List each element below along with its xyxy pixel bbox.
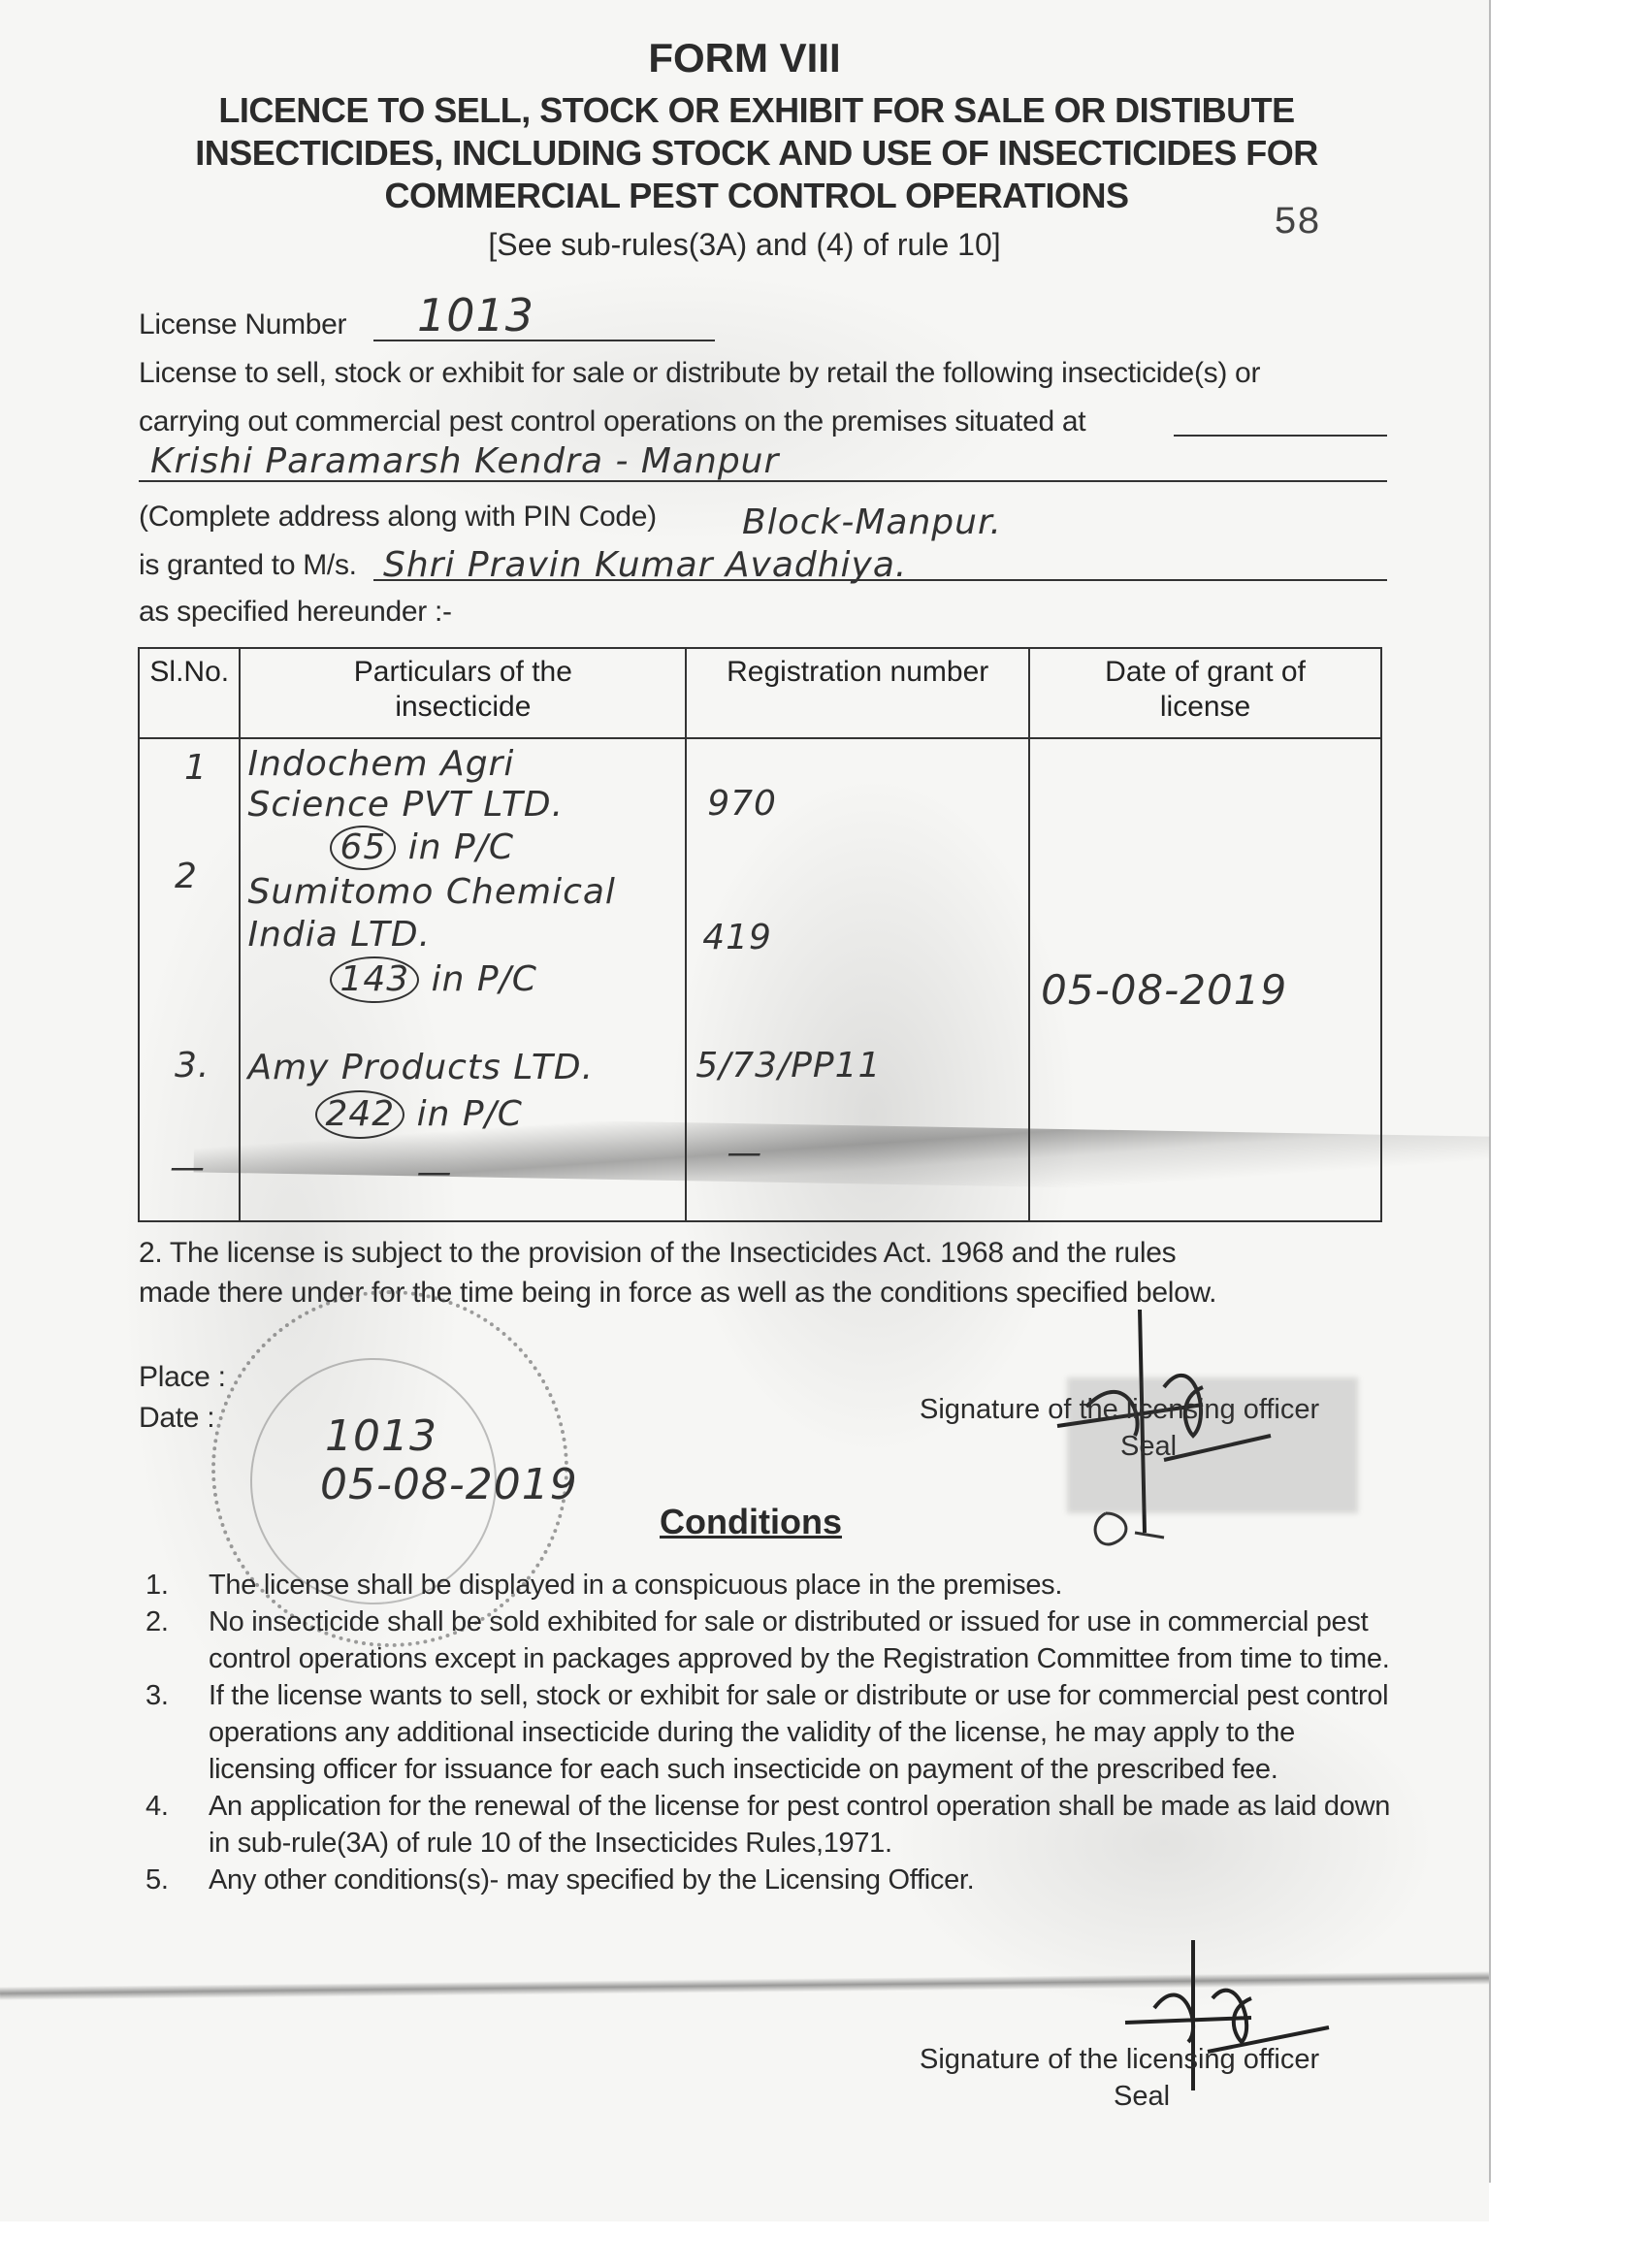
particulars-entry: Amy Products LTD. 242 in P/C bbox=[247, 1046, 594, 1139]
particulars-entry: Indochem Agri Science PVT LTD. 65 in P/C bbox=[247, 744, 564, 870]
header-date-text: Date of grant of license bbox=[1089, 655, 1322, 725]
sl-no: 1 bbox=[184, 748, 208, 788]
header-date: Date of grant of license bbox=[1029, 648, 1381, 738]
license-number-label: License Number bbox=[139, 308, 346, 341]
sl-no: 2 bbox=[175, 857, 198, 896]
clause-2-line-1: 2. The license is subject to the provisi… bbox=[139, 1237, 1176, 1270]
particulars-entry: Sumitomo Chemical India LTD. 143 in P/C bbox=[247, 871, 615, 1003]
intro-line-1: License to sell, stock or exhibit for sa… bbox=[139, 357, 1260, 390]
address-value: Block-Manpur. bbox=[742, 502, 1002, 542]
granted-underline bbox=[373, 579, 1387, 581]
date-label: Date : bbox=[139, 1402, 214, 1435]
page-edge bbox=[1489, 0, 1491, 2183]
heading-line: COMMERCIAL PEST CONTROL OPERATIONS bbox=[116, 175, 1397, 217]
particulars-cell: Indochem Agri Science PVT LTD. 65 in P/C… bbox=[240, 738, 686, 1221]
condition-item: 2.No insecticide shall be sold exhibited… bbox=[145, 1604, 1397, 1677]
circled-qty: 242 bbox=[315, 1090, 404, 1139]
stamp-date: 05-08-2019 bbox=[320, 1460, 578, 1509]
condition-item: 4.An application for the renewal of the … bbox=[145, 1788, 1397, 1862]
registration-cell: 970 419 5/73/PP11 — bbox=[686, 738, 1029, 1221]
seal-imprint bbox=[1067, 1377, 1358, 1513]
heading-line: LICENCE TO SELL, STOCK OR EXHIBIT FOR SA… bbox=[116, 89, 1397, 132]
table-row: 123.— Indochem Agri Science PVT LTD. 65 … bbox=[139, 738, 1381, 1221]
conditions-title: Conditions bbox=[660, 1502, 842, 1542]
seal-label: Seal bbox=[1114, 2081, 1170, 2113]
address-label: (Complete address along with PIN Code) bbox=[139, 501, 657, 534]
header-particulars: Particulars of the insecticide bbox=[240, 648, 686, 738]
premises-underline-2 bbox=[139, 480, 1387, 482]
place-label: Place : bbox=[139, 1361, 226, 1394]
stamp-number: 1013 bbox=[325, 1411, 437, 1461]
condition-item: 1.The license shall be displayed in a co… bbox=[145, 1567, 1397, 1604]
header-registration: Registration number bbox=[686, 648, 1029, 738]
heading-line: INSECTICIDES, INCLUDING STOCK AND USE OF… bbox=[116, 132, 1397, 175]
insecticide-table: Sl.No. Particulars of the insecticide Re… bbox=[138, 647, 1382, 1222]
premises-underline bbox=[1174, 435, 1387, 437]
registration-number: 5/73/PP11 bbox=[695, 1046, 881, 1085]
premises-value: Krishi Paramarsh Kendra - Manpur bbox=[150, 441, 779, 481]
condition-item: 5.Any other conditions(s)- may specified… bbox=[145, 1862, 1397, 1898]
license-number-value: 1013 bbox=[417, 289, 534, 341]
page-number: 58 bbox=[1274, 202, 1320, 245]
table-header-row: Sl.No. Particulars of the insecticide Re… bbox=[139, 648, 1381, 738]
circled-qty: 143 bbox=[330, 956, 419, 1003]
specified-label: as specified hereunder :- bbox=[139, 596, 452, 629]
license-number-underline bbox=[373, 340, 715, 341]
form-subheading: [See sub-rules(3A) and (4) of rule 10] bbox=[0, 227, 1489, 263]
circled-qty: 65 bbox=[330, 826, 396, 870]
conditions-list: 1.The license shall be displayed in a co… bbox=[145, 1567, 1397, 1898]
trailing-dash: — bbox=[416, 1152, 452, 1192]
header-sl-no: Sl.No. bbox=[139, 648, 240, 738]
registration-number: 970 bbox=[707, 784, 777, 824]
date-cell: 05-08-2019 bbox=[1029, 738, 1381, 1221]
trailing-dash: — bbox=[170, 1148, 206, 1187]
sl-no: 3. bbox=[175, 1046, 210, 1085]
date-of-grant: 05-08-2019 bbox=[1041, 966, 1287, 1014]
trailing-dash: — bbox=[727, 1133, 762, 1173]
registration-number: 419 bbox=[702, 918, 772, 957]
condition-item: 3.If the license wants to sell, stock or… bbox=[145, 1677, 1397, 1788]
header-particulars-text: Particulars of the insecticide bbox=[337, 655, 589, 725]
granted-label: is granted to M/s. bbox=[139, 549, 357, 582]
intro-line-2: carrying out commercial pest control ope… bbox=[139, 405, 1085, 438]
form-title: FORM VIII bbox=[0, 35, 1489, 81]
signature-label: Signature of the licensing officer bbox=[920, 2044, 1319, 2076]
form-heading: LICENCE TO SELL, STOCK OR EXHIBIT FOR SA… bbox=[116, 89, 1397, 217]
sl-cell: 123.— bbox=[139, 738, 240, 1221]
